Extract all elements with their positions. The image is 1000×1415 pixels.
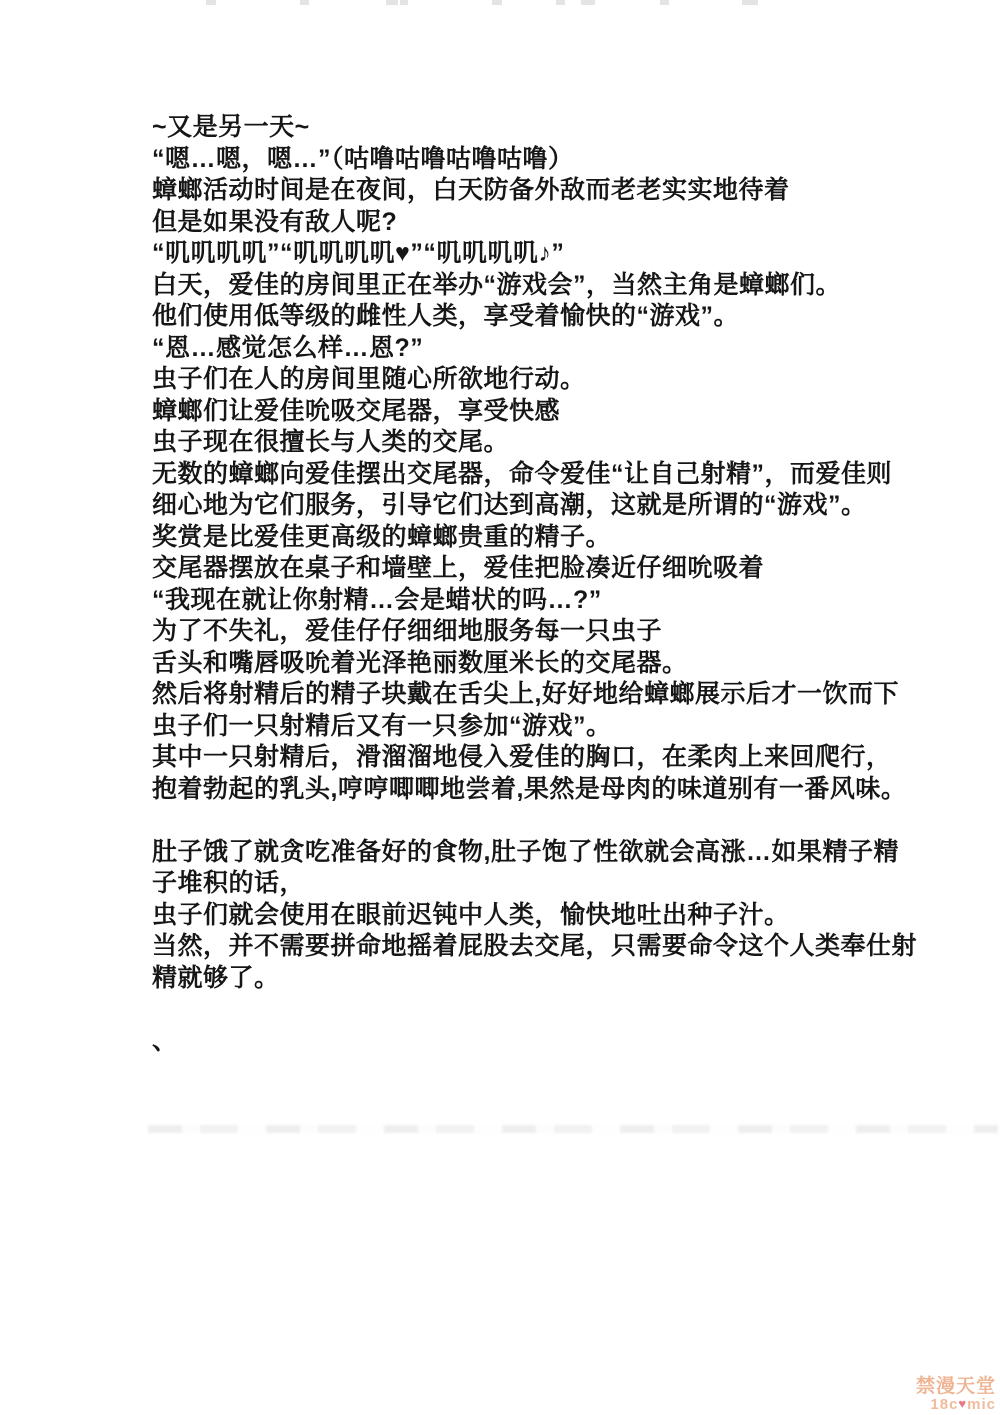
text-line: 舌头和嘴唇吸吮着光泽艳丽数厘米长的交尾器。 <box>152 648 1000 680</box>
blank-line <box>152 805 1000 837</box>
watermark-logo-prefix: 18c <box>930 1396 958 1413</box>
watermark: 禁漫天堂 18c♥mic <box>916 1377 996 1413</box>
text-line: 蟑螂们让爱佳吮吸交尾器，享受快感 <box>152 396 1000 428</box>
heart-icon: ♥ <box>958 1396 967 1411</box>
text-line: “我现在就让你射精…会是蜡状的吗…?” <box>152 585 1000 617</box>
text-line: 虫子们一只射精后又有一只参加“游戏”。 <box>152 711 1000 743</box>
watermark-logo: 18c♥mic <box>916 1397 996 1413</box>
text-line: 为了不失礼，爱佳仔仔细细地服务每一只虫子 <box>152 616 1000 648</box>
watermark-logo-suffix: mic <box>967 1396 996 1413</box>
text-line: 细心地为它们服务，引导它们达到高潮，这就是所谓的“游戏”。 <box>152 490 1000 522</box>
scan-artifact-band <box>148 1125 998 1133</box>
text-line: 精就够了。 <box>152 963 1000 995</box>
text-line: “叽叽叽叽”“叽叽叽叽♥”“叽叽叽叽♪” <box>152 238 1000 270</box>
text-line: “恩…感觉怎么样…恩?” <box>152 333 1000 365</box>
story-text: ~又是另一天~“嗯…嗯，嗯…”（咕噜咕噜咕噜咕噜）蟑螂活动时间是在夜间，白天防备… <box>152 112 1000 1057</box>
document-page: ~又是另一天~“嗯…嗯，嗯…”（咕噜咕噜咕噜咕噜）蟑螂活动时间是在夜间，白天防备… <box>0 0 1000 1415</box>
text-line: 然后将射精后的精子块戴在舌尖上,好好地给蟑螂展示后才一饮而下 <box>152 679 1000 711</box>
text-line: 无数的蟑螂向爱佳摆出交尾器，命令爱佳“让自己射精”，而爱佳则 <box>152 459 1000 491</box>
text-line: 肚子饿了就贪吃准备好的食物,肚子饱了性欲就会高涨…如果精子精 <box>152 837 1000 869</box>
text-line: 虫子们就会使用在眼前迟钝中人类，愉快地吐出种子汁。 <box>152 900 1000 932</box>
text-line: 蟑螂活动时间是在夜间，白天防备外敌而老老实实地待着 <box>152 175 1000 207</box>
text-line: 但是如果没有敌人呢? <box>152 207 1000 239</box>
watermark-site-name: 禁漫天堂 <box>916 1377 996 1397</box>
text-line: 抱着勃起的乳头,哼哼唧唧地尝着,果然是母肉的味道别有一番风味。 <box>152 774 1000 806</box>
text-line: 子堆积的话， <box>152 868 1000 900</box>
text-line: “嗯…嗯，嗯…”（咕噜咕噜咕噜咕噜） <box>152 144 1000 176</box>
blank-line <box>152 994 1000 1026</box>
text-line: 、 <box>152 1026 1000 1058</box>
text-line: 他们使用低等级的雌性人类，享受着愉快的“游戏”。 <box>152 301 1000 333</box>
text-line: 其中一只射精后，滑溜溜地侵入爱佳的胸口，在柔肉上来回爬行， <box>152 742 1000 774</box>
text-line: ~又是另一天~ <box>152 112 1000 144</box>
text-line: 白天，爱佳的房间里正在举办“游戏会”，当然主角是蟑螂们。 <box>152 270 1000 302</box>
text-line: 虫子现在很擅长与人类的交尾。 <box>152 427 1000 459</box>
text-line: 奖赏是比爱佳更高级的蟑螂贵重的精子。 <box>152 522 1000 554</box>
text-line: 虫子们在人的房间里随心所欲地行动。 <box>152 364 1000 396</box>
text-line: 当然，并不需要拼命地摇着屁股去交尾，只需要命令这个人类奉仕射 <box>152 931 1000 963</box>
text-line: 交尾器摆放在桌子和墙壁上，爱佳把脸凑近仔细吮吸着 <box>152 553 1000 585</box>
